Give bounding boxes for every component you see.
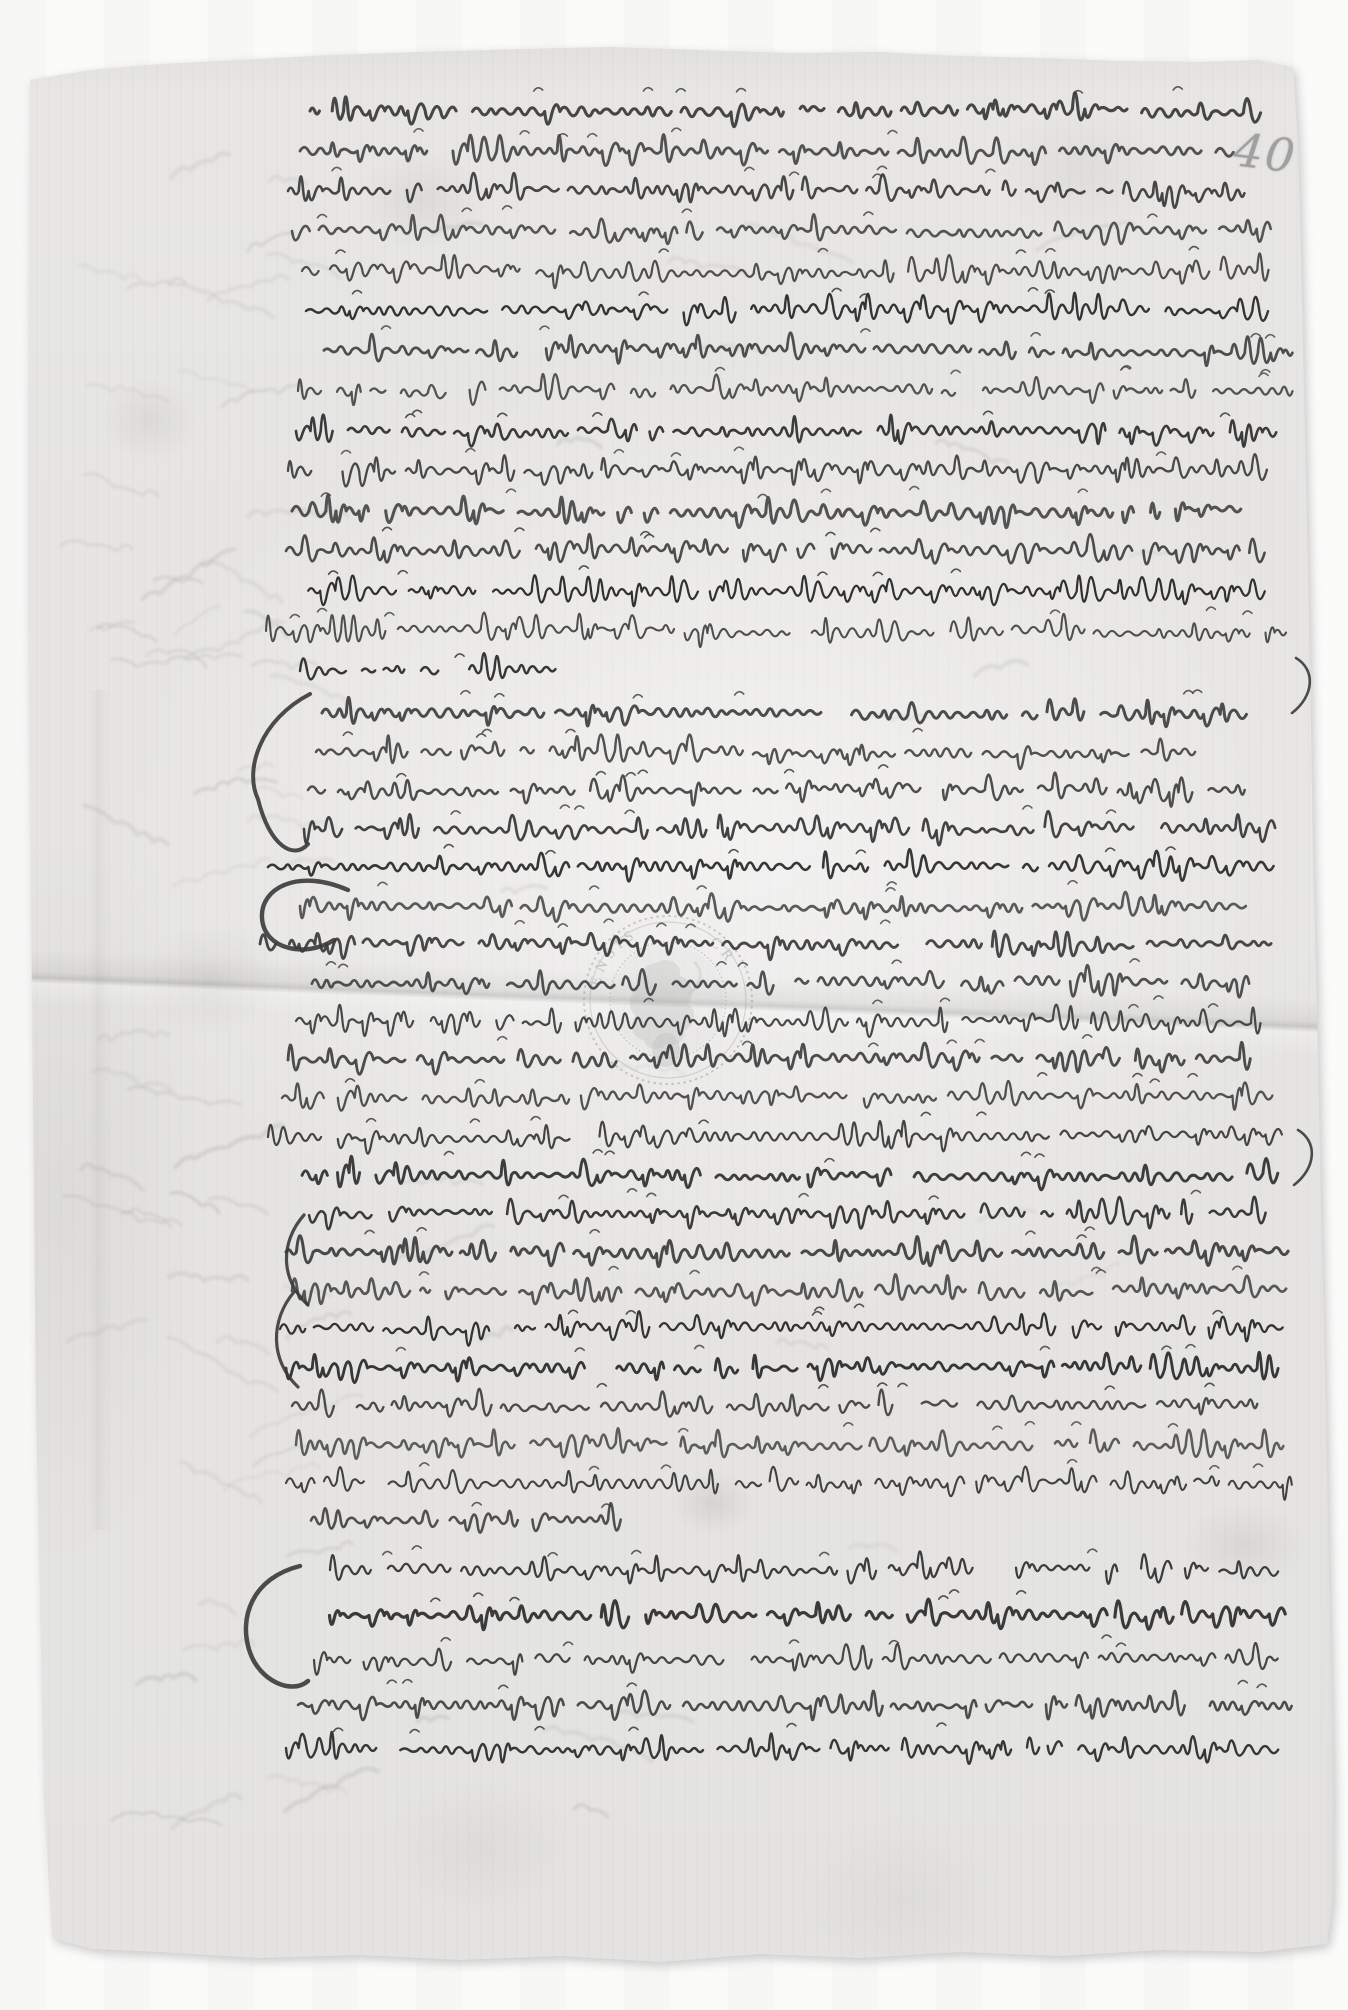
diacritic-mark <box>1157 452 1166 455</box>
diacritic-mark <box>715 368 724 371</box>
bleedthrough-mark <box>287 1542 352 1556</box>
diacritic-mark <box>815 1307 824 1310</box>
diacritic-mark <box>346 1079 355 1082</box>
bleedthrough-mark <box>619 1065 683 1075</box>
diacritic-mark <box>898 1383 907 1386</box>
diacritic-mark <box>860 294 869 297</box>
diacritic-mark <box>575 1348 584 1351</box>
bleedthrough-mark <box>502 886 547 893</box>
diacritic-mark <box>413 410 422 413</box>
manuscript-line <box>286 1732 1278 1764</box>
diacritic-mark <box>444 845 453 848</box>
diacritic-mark <box>1068 1460 1077 1463</box>
diacritic-mark <box>332 167 341 170</box>
bleedthrough-mark <box>248 816 334 828</box>
bleedthrough-mark <box>84 474 158 497</box>
diacritic-mark <box>1068 881 1077 884</box>
bleedthrough-mark <box>201 561 282 602</box>
diacritic-mark <box>864 212 873 215</box>
bleedthrough-mark <box>218 1337 269 1354</box>
diacritic-mark <box>455 654 464 657</box>
diacritic-mark <box>596 772 605 775</box>
diacritic-mark <box>1259 373 1268 376</box>
diacritic-mark <box>1031 333 1040 336</box>
bleedthrough-mark <box>169 284 273 317</box>
diacritic-mark <box>633 695 642 698</box>
diacritic-mark <box>626 1311 635 1314</box>
diacritic-mark <box>1221 413 1230 416</box>
bleedthrough-mark <box>81 1164 143 1190</box>
diacritic-mark <box>737 89 746 92</box>
diacritic-mark <box>1016 250 1025 253</box>
bleedthrough-mark <box>224 1463 320 1491</box>
diacritic-mark <box>387 1680 396 1683</box>
diacritic-mark <box>1209 1004 1218 1007</box>
diacritic-mark <box>676 89 685 92</box>
diacritic-mark <box>1022 1152 1031 1155</box>
diacritic-mark <box>559 1195 568 1198</box>
manuscript-line <box>312 965 1249 997</box>
diacritic-mark <box>431 1598 440 1601</box>
diacritic-mark <box>647 1193 656 1196</box>
bleedthrough-mark <box>172 153 230 177</box>
diacritic-mark <box>1261 370 1270 373</box>
bleedthrough-mark <box>544 1727 651 1761</box>
diacritic-mark <box>929 1196 938 1199</box>
diacritic-mark <box>984 411 993 414</box>
bleedthrough-mark <box>87 385 168 402</box>
manuscript-line <box>286 1467 1292 1500</box>
bleedthrough-mark <box>61 540 132 550</box>
diacritic-mark <box>326 962 335 965</box>
diacritic-mark <box>1107 810 1116 813</box>
diacritic-mark <box>632 1551 641 1554</box>
diacritic-mark <box>318 609 327 612</box>
manuscript-line <box>268 1121 1282 1154</box>
diacritic-mark <box>569 1310 578 1313</box>
manuscript-line <box>288 1042 1250 1074</box>
diacritic-mark <box>461 691 470 694</box>
bleedthrough-mark <box>67 1320 145 1342</box>
bleedthrough-mark <box>936 440 1008 463</box>
diacritic-mark <box>1168 1424 1177 1427</box>
diacritic-mark <box>412 1546 421 1549</box>
bleedthrough-mark <box>975 661 1027 676</box>
diacritic-mark <box>540 326 549 329</box>
manuscript-svg: ENSIS CR <box>0 0 1348 2010</box>
diacritic-mark <box>871 528 880 531</box>
diacritic-mark <box>662 1465 671 1468</box>
diacritic-mark <box>462 208 471 211</box>
diacritic-mark <box>790 172 799 175</box>
diacritic-mark <box>535 1727 544 1730</box>
diacritic-mark <box>825 1159 834 1162</box>
diacritic-mark <box>627 1683 636 1686</box>
diacritic-mark <box>1254 1464 1263 1467</box>
bleedthrough-mark <box>180 1462 261 1502</box>
diacritic-mark <box>672 128 681 131</box>
diacritic-mark <box>470 1119 479 1122</box>
diacritic-mark <box>590 886 599 889</box>
flourish-hook-right <box>1294 1130 1312 1185</box>
diacritic-mark <box>474 1593 483 1596</box>
bleedthrough-mark <box>184 1640 253 1650</box>
diacritic-mark <box>1085 1227 1094 1230</box>
manuscript-line <box>286 534 1265 564</box>
diacritic-mark <box>820 1552 829 1555</box>
diacritic-mark <box>1213 1311 1222 1314</box>
diacritic-mark <box>590 1230 599 1233</box>
diacritic-mark <box>1102 1635 1111 1638</box>
diacritic-mark <box>1083 1035 1092 1038</box>
diacritic-mark <box>855 1304 864 1307</box>
diacritic-mark <box>921 1112 930 1115</box>
diacritic-mark <box>398 571 407 574</box>
diacritic-mark <box>510 1598 519 1601</box>
diacritic-mark <box>910 487 919 490</box>
manuscript-line <box>286 1236 1288 1267</box>
manuscript-line <box>292 1389 1257 1417</box>
diacritic-mark <box>947 1040 956 1043</box>
paragraph-3 <box>286 1546 1292 1764</box>
diacritic-mark <box>1105 1386 1114 1389</box>
diacritic-mark <box>1129 1005 1138 1008</box>
diacritic-mark <box>1035 1154 1044 1157</box>
diacritic-mark <box>339 964 348 967</box>
diacritic-mark <box>365 1230 374 1233</box>
manuscript-line <box>308 773 1245 807</box>
diacritic-mark <box>950 1590 959 1593</box>
diacritic-mark <box>566 729 575 732</box>
stamp-bottom-blot <box>652 1033 680 1067</box>
diacritic-mark <box>1130 959 1139 962</box>
diacritic-mark <box>560 805 569 808</box>
diacritic-mark <box>886 888 895 891</box>
diacritic-mark <box>385 613 394 616</box>
diacritic-mark <box>441 1638 450 1641</box>
diacritic-mark <box>861 329 870 332</box>
diacritic-mark <box>1206 607 1215 610</box>
diacritic-mark <box>1184 691 1193 694</box>
diacritic-mark <box>477 734 486 737</box>
diacritic-mark <box>697 886 706 889</box>
diacritic-mark <box>888 131 897 134</box>
diacritic-mark <box>695 1345 704 1348</box>
diacritic-mark <box>406 414 415 417</box>
manuscript-line <box>288 454 1267 486</box>
diacritic-mark <box>819 1385 828 1388</box>
diacritic-mark <box>472 1503 481 1506</box>
bleedthrough-mark <box>180 371 254 393</box>
diacritic-mark <box>1046 249 1055 252</box>
diacritic-mark <box>832 288 841 291</box>
bleedthrough-mark <box>418 1716 449 1722</box>
diacritic-mark <box>735 692 744 695</box>
diacritic-mark <box>1233 1266 1242 1269</box>
diacritic-mark <box>878 166 887 169</box>
paragraph-2 <box>260 690 1300 1533</box>
flourish-big-c <box>246 1566 308 1687</box>
diacritic-mark <box>758 494 767 497</box>
diacritic-mark <box>690 1271 699 1274</box>
diacritic-mark <box>951 569 960 572</box>
diacritic-mark <box>609 1267 618 1270</box>
bleedthrough-mark <box>175 607 220 636</box>
manuscript-line <box>330 1551 1278 1583</box>
diacritic-mark <box>993 1426 1002 1429</box>
diacritic-mark <box>475 1080 484 1083</box>
diacritic-mark <box>745 167 754 170</box>
manuscript-line <box>300 135 1233 166</box>
diacritic-mark <box>626 773 635 776</box>
manuscript-line <box>266 613 1286 647</box>
diacritic-mark <box>498 1037 507 1040</box>
bleedthrough-mark <box>112 657 206 668</box>
diacritic-mark <box>813 1312 822 1315</box>
diacritic-mark <box>913 729 922 732</box>
manuscript-line <box>302 1156 1278 1189</box>
diacritic-mark <box>887 882 896 885</box>
diacritic-mark <box>951 370 960 373</box>
diacritic-mark <box>378 882 387 885</box>
diacritic-mark <box>1150 1079 1159 1082</box>
diacritic-mark <box>1243 611 1252 614</box>
diacritic-mark <box>625 810 634 813</box>
manuscript-line <box>311 1503 633 1532</box>
manuscript-line <box>282 1081 1272 1111</box>
diacritic-mark <box>367 1119 376 1122</box>
diacritic-mark <box>579 566 588 569</box>
diacritic-mark <box>671 453 680 456</box>
diacritic-mark <box>498 413 507 416</box>
bleedthrough-mark <box>112 1812 222 1825</box>
bleedthrough-mark <box>142 549 235 599</box>
bleedthrough-mark <box>129 1087 240 1104</box>
diacritic-mark <box>879 765 888 768</box>
manuscript-line <box>296 1428 1300 1458</box>
diacritic-mark <box>1257 1684 1266 1687</box>
diacritic-mark <box>1116 1643 1125 1646</box>
bleedthrough-mark <box>169 1273 248 1281</box>
diacritic-mark <box>821 489 830 492</box>
diacritic-mark <box>383 1552 392 1555</box>
diacritic-mark <box>466 449 475 452</box>
diacritic-mark <box>940 998 949 1001</box>
diacritic-mark <box>329 571 338 574</box>
manuscript-line <box>306 293 1268 325</box>
diacritic-mark <box>1193 690 1202 693</box>
manuscript-line <box>322 697 1257 726</box>
manuscript-line <box>316 735 1205 769</box>
diacritic-mark <box>593 1150 602 1153</box>
diacritic-mark <box>604 919 613 922</box>
diacritic-mark <box>734 447 743 450</box>
bleedthrough-mark <box>250 1395 361 1437</box>
bleedthrough-mark <box>614 1711 692 1722</box>
diacritic-mark <box>628 1189 637 1192</box>
diacritic-mark <box>417 1228 426 1231</box>
bleedthrough-mark <box>200 1601 236 1614</box>
diacritic-mark <box>353 291 362 294</box>
bleedthrough-mark <box>172 1794 240 1828</box>
bleedthrough-mark <box>98 1030 168 1041</box>
flourish-hook-right <box>1292 658 1310 713</box>
diacritic-mark <box>787 1724 796 1727</box>
manuscript-line <box>268 849 1274 881</box>
diacritic-mark <box>506 489 515 492</box>
diacritic-mark <box>515 921 524 924</box>
manuscript-line <box>296 1005 1261 1037</box>
diacritic-mark <box>738 963 747 966</box>
diacritic-mark <box>1073 91 1082 94</box>
manuscript-line <box>309 1197 1266 1229</box>
diacritic-mark <box>1162 1346 1171 1349</box>
diacritic-mark <box>1072 1422 1081 1425</box>
diacritic-mark <box>318 215 327 218</box>
diacritic-mark <box>1210 1466 1219 1469</box>
diacritic-mark <box>1173 87 1182 90</box>
diacritic-mark <box>414 129 423 132</box>
diacritic-mark <box>1238 1681 1247 1684</box>
diacritic-mark <box>699 1120 708 1123</box>
bleedthrough-mark <box>80 265 141 281</box>
scan-background: ENSIS CR 40 <box>0 0 1348 2010</box>
diacritic-mark <box>729 850 738 853</box>
manuscript-line <box>300 653 555 679</box>
diacritic-mark <box>629 1727 638 1730</box>
diacritic-mark <box>410 1730 419 1733</box>
diacritic-mark <box>558 924 567 927</box>
diacritic-mark <box>343 732 352 735</box>
diacritic-mark <box>588 134 597 137</box>
diacritic-mark <box>659 249 668 252</box>
diacritic-mark <box>1040 1346 1049 1349</box>
diacritic-mark <box>546 851 555 854</box>
diacritic-mark <box>873 572 882 575</box>
diacritic-mark <box>977 1112 986 1115</box>
diacritic-mark <box>743 1041 752 1044</box>
diacritic-mark <box>383 527 392 530</box>
diacritic-mark <box>534 88 543 91</box>
diacritic-mark <box>1106 848 1115 851</box>
diacritic-mark <box>1205 1383 1214 1386</box>
diacritic-mark <box>548 1553 557 1556</box>
diacritic-mark <box>290 615 299 618</box>
bleedthrough-mark <box>248 233 294 251</box>
bleedthrough-mark <box>186 621 284 659</box>
bleedthrough-mark <box>64 1196 171 1227</box>
manuscript-line <box>310 93 1261 127</box>
diacritic-mark <box>639 292 648 295</box>
diacritic-mark <box>1051 610 1060 613</box>
manuscript-line <box>304 811 1275 845</box>
diacritic-mark <box>515 528 524 531</box>
diacritic-mark <box>1121 367 1130 370</box>
diacritic-mark <box>682 209 691 212</box>
diacritic-mark <box>785 770 794 773</box>
diacritic-mark <box>1166 847 1175 850</box>
diacritic-mark <box>614 450 623 453</box>
diacritic-mark <box>593 413 602 416</box>
diacritic-mark <box>334 1728 343 1731</box>
diacritic-mark <box>451 811 460 814</box>
bleedthrough-mark <box>1054 1263 1120 1289</box>
diacritic-mark <box>597 1384 606 1387</box>
diacritic-mark <box>1038 1073 1047 1076</box>
diacritic-mark <box>1025 1422 1034 1425</box>
diacritic-mark <box>1017 1591 1026 1594</box>
diacritic-mark <box>1191 1190 1200 1193</box>
diacritic-mark <box>1148 214 1157 217</box>
handwriting-layer <box>260 87 1300 1764</box>
diacritic-mark <box>645 535 654 538</box>
manuscript-line <box>292 1274 1286 1305</box>
diacritic-mark <box>495 694 504 697</box>
diacritic-mark <box>826 532 835 535</box>
diacritic-mark <box>342 451 351 454</box>
bleedthrough-mark <box>208 275 288 300</box>
diacritic-mark <box>856 850 865 853</box>
diacritic-mark <box>1026 1231 1035 1234</box>
diacritic-mark <box>575 806 584 809</box>
diacritic-mark <box>1188 1074 1197 1077</box>
manuscript-line <box>308 575 1265 606</box>
diacritic-mark <box>396 1348 405 1351</box>
manuscript-line <box>330 1599 1286 1629</box>
diacritic-mark <box>1186 1345 1195 1348</box>
diacritic-mark <box>939 1596 948 1599</box>
diacritic-mark <box>1078 489 1087 492</box>
manuscript-line <box>292 214 1271 244</box>
diacritic-mark <box>1189 247 1198 250</box>
bleedthrough-mark <box>574 1805 608 1817</box>
manuscript-line <box>302 253 1269 288</box>
diacritic-mark <box>1133 1074 1142 1077</box>
bleedthrough-mark <box>171 1193 219 1214</box>
diacritic-mark <box>881 920 890 923</box>
diacritic-mark <box>892 960 901 963</box>
diacritic-mark <box>937 1723 946 1726</box>
manuscript-line <box>260 931 1271 960</box>
diacritic-mark <box>873 1000 882 1003</box>
diacritic-mark <box>1266 335 1275 338</box>
diacritic-mark <box>638 770 647 773</box>
diacritic-mark <box>643 88 652 91</box>
diacritic-mark <box>382 326 391 329</box>
manuscript-line <box>324 333 1292 366</box>
diacritic-mark <box>878 1383 887 1386</box>
manuscript-line <box>300 892 1255 922</box>
bleedthrough-mark <box>137 1674 195 1684</box>
folio-number: 40 <box>1231 122 1300 183</box>
diacritic-mark <box>397 774 406 777</box>
manuscript-line <box>286 1352 1278 1382</box>
diacritic-mark <box>844 1423 853 1426</box>
manuscript-line <box>296 415 1276 447</box>
diacritic-mark <box>444 1152 453 1155</box>
diacritic-mark <box>499 1685 508 1688</box>
bleedthrough-mark <box>777 1339 828 1349</box>
diacritic-mark <box>520 131 529 134</box>
diacritic-mark <box>503 206 512 209</box>
bleedthrough-mark <box>173 858 270 886</box>
manuscript-line <box>314 1643 1291 1675</box>
diacritic-mark <box>336 250 345 253</box>
diacritic-mark <box>799 1194 808 1197</box>
diacritic-mark <box>1251 334 1260 337</box>
diacritic-mark <box>403 1680 412 1683</box>
bleedthrough-mark <box>98 624 156 641</box>
